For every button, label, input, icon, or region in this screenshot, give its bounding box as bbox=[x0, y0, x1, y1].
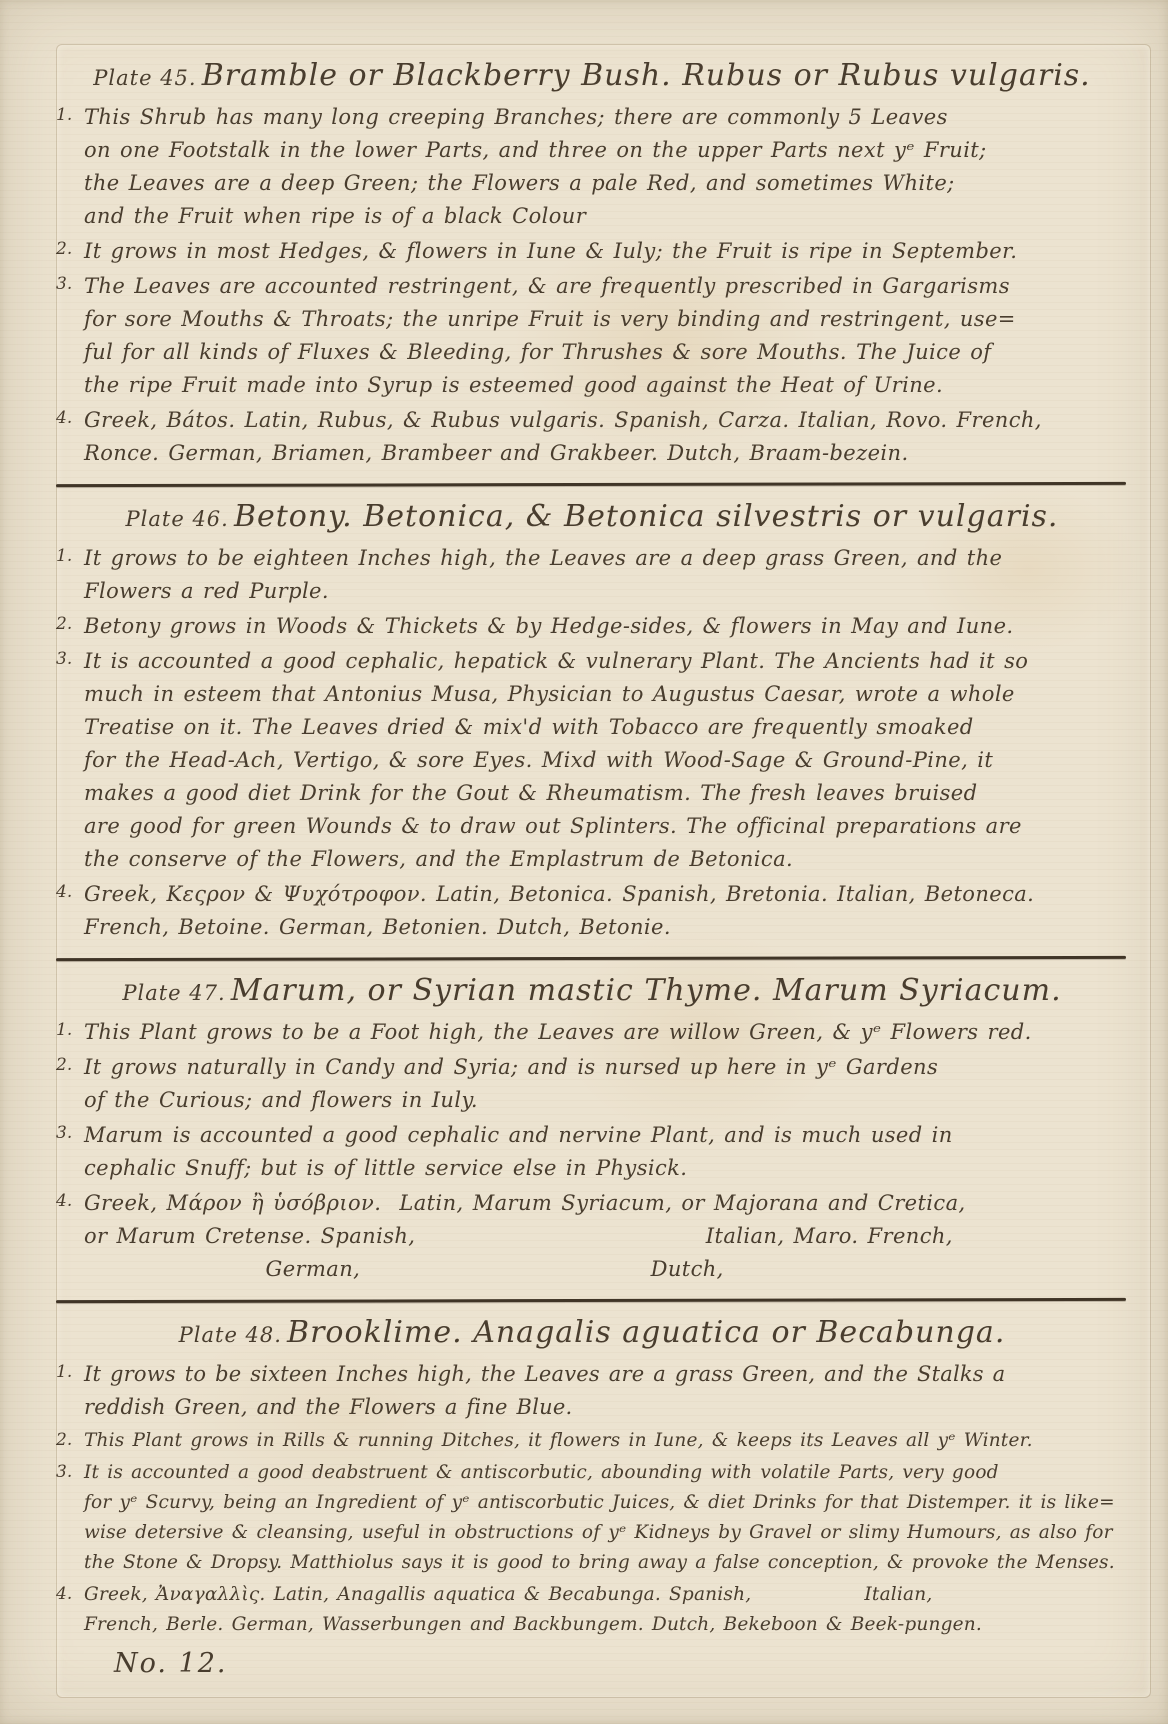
item-text: This Plant grows in Rills & running Ditc… bbox=[84, 1426, 1128, 1456]
item-number: 2. bbox=[56, 235, 84, 268]
item-number: 1. bbox=[56, 101, 84, 233]
numbered-paragraph: 3. It is accounted a good cephalic, hepa… bbox=[56, 645, 1128, 876]
item-text: It grows to be eighteen Inches high, the… bbox=[84, 542, 1128, 608]
item-number: 1. bbox=[56, 1358, 84, 1424]
item-number: 3. bbox=[56, 645, 84, 876]
section-title: Bramble or Blackberry Bush. Rubus or Rub… bbox=[202, 58, 1091, 93]
numbered-paragraph: 2. Betony grows in Woods & Thickets & by… bbox=[56, 610, 1128, 643]
numbered-paragraph: 3. Marum is accounted a good cephalic an… bbox=[56, 1119, 1128, 1185]
numbered-paragraph: 4. Greek, Ἀναγαλλὶς. Latin, Anagallis aq… bbox=[56, 1580, 1128, 1640]
item-number: 2. bbox=[56, 1426, 84, 1456]
section-title: Marum, or Syrian mastic Thyme. Marum Syr… bbox=[231, 973, 1062, 1008]
section-plate-46: Plate 46. Betony. Betonica, & Betonica s… bbox=[56, 499, 1128, 944]
section-divider-rule bbox=[56, 1298, 1126, 1303]
item-number: 3. bbox=[56, 1458, 84, 1578]
section-plate-48: Plate 48. Brooklime. Anagalis aguatica o… bbox=[56, 1315, 1128, 1640]
numbered-paragraph: 1. This Shrub has many long creeping Bra… bbox=[56, 101, 1128, 233]
item-number: 4. bbox=[56, 878, 84, 944]
numbered-paragraph: 2. It grows naturally in Candy and Syria… bbox=[56, 1051, 1128, 1117]
item-number: 1. bbox=[56, 1016, 84, 1049]
page-content: Plate 45. Bramble or Blackberry Bush. Ru… bbox=[0, 0, 1168, 1679]
section-title: Brooklime. Anagalis aguatica or Becabung… bbox=[287, 1315, 1005, 1350]
item-number: 4. bbox=[56, 1580, 84, 1640]
item-text: Greek, Bátos. Latin, Rubus, & Rubus vulg… bbox=[84, 404, 1128, 470]
section-title: Betony. Betonica, & Betonica silvestris … bbox=[234, 499, 1059, 534]
section-title-line: Plate 45. Bramble or Blackberry Bush. Ru… bbox=[56, 58, 1128, 93]
item-text: Greek, Κεςρον & Ψυχότροφον. Latin, Beton… bbox=[84, 878, 1128, 944]
section-plate-45: Plate 45. Bramble or Blackberry Bush. Ru… bbox=[56, 58, 1128, 470]
plate-label: Plate 45. bbox=[93, 66, 196, 90]
item-text: Greek, Ἀναγαλλὶς. Latin, Anagallis aquat… bbox=[84, 1580, 1128, 1640]
item-text: It is accounted a good deabstruent & ant… bbox=[84, 1458, 1128, 1578]
item-number: 4. bbox=[56, 1187, 84, 1286]
numbered-paragraph: 4. Greek, Μάρον ἢ ὑσόβριον. Latin, Marum… bbox=[56, 1187, 1128, 1286]
item-number: 3. bbox=[56, 270, 84, 402]
numbered-paragraph: 3. It is accounted a good deabstruent & … bbox=[56, 1458, 1128, 1578]
sheet-number: No. 12. bbox=[114, 1648, 1128, 1679]
document-page: Plate 45. Bramble or Blackberry Bush. Ru… bbox=[0, 0, 1168, 1724]
section-title-line: Plate 48. Brooklime. Anagalis aguatica o… bbox=[56, 1315, 1128, 1350]
plate-label: Plate 46. bbox=[126, 507, 229, 531]
item-text: It is accounted a good cephalic, hepatic… bbox=[84, 645, 1128, 876]
item-text: Marum is accounted a good cephalic and n… bbox=[84, 1119, 1128, 1185]
section-plate-47: Plate 47. Marum, or Syrian mastic Thyme.… bbox=[56, 973, 1128, 1286]
section-title-line: Plate 47. Marum, or Syrian mastic Thyme.… bbox=[56, 973, 1128, 1008]
item-text: This Plant grows to be a Foot high, the … bbox=[84, 1016, 1128, 1049]
item-number: 2. bbox=[56, 1051, 84, 1117]
section-title-line: Plate 46. Betony. Betonica, & Betonica s… bbox=[56, 499, 1128, 534]
item-text: Betony grows in Woods & Thickets & by He… bbox=[84, 610, 1128, 643]
numbered-paragraph: 2. It grows in most Hedges, & flowers in… bbox=[56, 235, 1128, 268]
item-text: It grows naturally in Candy and Syria; a… bbox=[84, 1051, 1128, 1117]
numbered-paragraph: 2. This Plant grows in Rills & running D… bbox=[56, 1426, 1128, 1456]
item-text: Greek, Μάρον ἢ ὑσόβριον. Latin, Marum Sy… bbox=[84, 1187, 1128, 1286]
numbered-paragraph: 4. Greek, Κεςρον & Ψυχότροφον. Latin, Be… bbox=[56, 878, 1128, 944]
item-text: This Shrub has many long creeping Branch… bbox=[84, 101, 1128, 233]
item-number: 1. bbox=[56, 542, 84, 608]
section-divider-rule bbox=[56, 482, 1126, 487]
numbered-paragraph: 4. Greek, Bátos. Latin, Rubus, & Rubus v… bbox=[56, 404, 1128, 470]
numbered-paragraph: 3. The Leaves are accounted restringent,… bbox=[56, 270, 1128, 402]
numbered-paragraph: 1. It grows to be eighteen Inches high, … bbox=[56, 542, 1128, 608]
numbered-paragraph: 1. It grows to be sixteen Inches high, t… bbox=[56, 1358, 1128, 1424]
item-text: It grows in most Hedges, & flowers in Iu… bbox=[84, 235, 1128, 268]
plate-label: Plate 48. bbox=[179, 1323, 282, 1347]
item-text: The Leaves are accounted restringent, & … bbox=[84, 270, 1128, 402]
section-divider-rule bbox=[56, 956, 1126, 961]
item-number: 4. bbox=[56, 404, 84, 470]
item-text: It grows to be sixteen Inches high, the … bbox=[84, 1358, 1128, 1424]
item-number: 2. bbox=[56, 610, 84, 643]
item-number: 3. bbox=[56, 1119, 84, 1185]
numbered-paragraph: 1. This Plant grows to be a Foot high, t… bbox=[56, 1016, 1128, 1049]
plate-label: Plate 47. bbox=[122, 981, 225, 1005]
